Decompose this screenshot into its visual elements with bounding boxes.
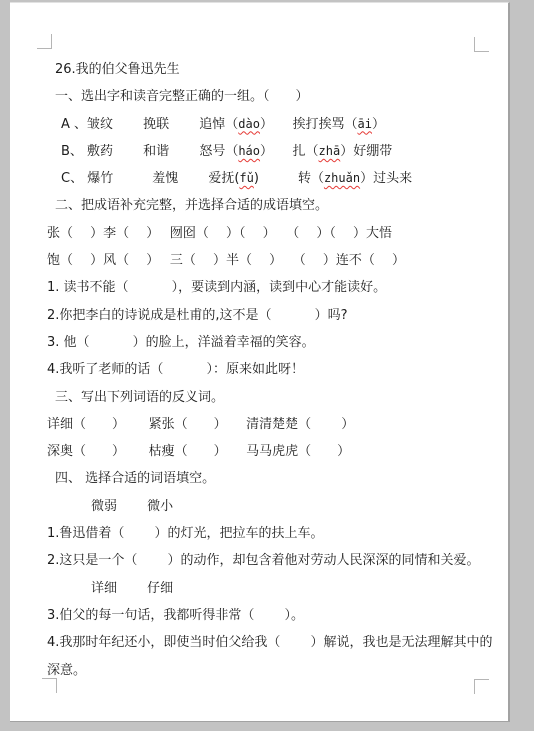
line-text: 3. 他（ ）的脸上，洋溢着幸福的笑容。 — [47, 335, 315, 350]
document-line: A 、皱纹 挽联 追悼（dào） 挨打挨骂（āi） — [47, 111, 502, 138]
line-text: 2.你把李白的诗说成是杜甫的,这不是（ ）吗? — [47, 308, 348, 323]
line-text: 1. 读书不能（ ），要读到内涵，读到中心才能读好。 — [47, 280, 386, 295]
line-text: 三、写出下列词语的反义词。 — [55, 390, 224, 405]
document-line: 3. 他（ ）的脸上，洋溢着幸福的笑容。 — [47, 329, 502, 356]
line-text: ） 扎（ — [260, 144, 319, 159]
document-line: 26.我的伯父鲁迅先生 — [47, 56, 502, 83]
line-text: ）过头来 — [360, 171, 412, 186]
document-line: 微弱 微小 — [47, 493, 502, 520]
document-line: 1. 读书不能（ ），要读到内涵，读到中心才能读好。 — [47, 274, 502, 301]
line-text: 详细（ ） 紧张（ ） 清清楚楚（ ） — [47, 417, 354, 432]
pinyin-spellcheck: háo — [238, 144, 260, 158]
document-line: 2.这只是一个（ ）的动作，却包含着他对劳动人民深深的同情和关爱。 — [47, 547, 502, 574]
document-lines: 26.我的伯父鲁迅先生一、选出字和读音完整正确的一组。（ ）A 、皱纹 挽联 追… — [47, 56, 502, 684]
line-text: 详细 仔细 — [91, 581, 173, 596]
line-text: 深奥（ ） 枯瘦（ ） 马马虎虎（ ） — [47, 444, 350, 459]
document-line: 4.我那时年纪还小，即使当时伯父给我（ ）解说，我也是无法理解其中的 — [47, 629, 502, 656]
line-text: A 、皱纹 挽联 追悼（ — [61, 117, 238, 132]
document-line: 深意。 — [47, 657, 502, 684]
document-line: 二、把成语补充完整，并选择合适的成语填空。 — [47, 192, 502, 219]
document-line: 2.你把李白的诗说成是杜甫的,这不是（ ）吗? — [47, 302, 502, 329]
document-line: 张（ ）李（ ） 囫囵（ ）（ ） （ ）（ ）大悟 — [47, 220, 502, 247]
document-line: 详细 仔细 — [47, 575, 502, 602]
line-text: 1.鲁迅借着（ ）的灯光，把拉车的扶上车。 — [47, 526, 324, 541]
line-text: 四、 选择合适的词语填空。 — [55, 471, 215, 486]
line-text: 张（ ）李（ ） 囫囵（ ）（ ） （ ）（ ）大悟 — [47, 226, 392, 241]
document-line: 1.鲁迅借着（ ）的灯光，把拉车的扶上车。 — [47, 520, 502, 547]
pinyin-spellcheck: āi — [358, 117, 372, 131]
line-text: 4.我那时年纪还小，即使当时伯父给我（ ）解说，我也是无法理解其中的 — [47, 635, 493, 650]
line-text: 一、选出字和读音完整正确的一组。（ ） — [55, 89, 309, 104]
document-line: 4.我听了老师的话（ ）：原来如此呀！ — [47, 356, 502, 383]
line-text: 饱（ ）风（ ） 三（ ）半（ ） （ ）连不（ ） — [47, 253, 405, 268]
line-text: B、 敷药 和谐 怒号（ — [61, 144, 238, 159]
line-text: C、 爆竹 羞愧 爱抚( — [61, 171, 239, 186]
line-text: 26.我的伯父鲁迅先生 — [55, 62, 180, 77]
line-text: 2.这只是一个（ ）的动作，却包含着他对劳动人民深深的同情和关爱。 — [47, 553, 480, 568]
pinyin-spellcheck: fǔ — [239, 171, 253, 185]
document-line: 饱（ ）风（ ） 三（ ）半（ ） （ ）连不（ ） — [47, 247, 502, 274]
pinyin-spellcheck: zhā — [319, 144, 341, 158]
line-text: ) 转（ — [254, 171, 324, 186]
line-text: 4.我听了老师的话（ ）：原来如此呀！ — [47, 362, 304, 377]
document-line: 三、写出下列词语的反义词。 — [47, 384, 502, 411]
pinyin-spellcheck: dào — [238, 117, 260, 131]
document-line: 3.伯父的每一句话，我都听得非常（ ）。 — [47, 602, 502, 629]
line-text: 3.伯父的每一句话，我都听得非常（ ）。 — [47, 608, 304, 623]
document-line: 深奥（ ） 枯瘦（ ） 马马虎虎（ ） — [47, 438, 502, 465]
app-background: { "app": { "colors": { "app_background":… — [0, 0, 534, 731]
line-text: ）好绷带 — [340, 144, 392, 159]
document-line: B、 敷药 和谐 怒号（háo） 扎（zhā）好绷带 — [47, 138, 502, 165]
margin-crop-mark-top-right — [474, 37, 489, 52]
line-text: ） — [372, 117, 385, 132]
document-line: C、 爆竹 羞愧 爱抚(fǔ) 转（zhuǎn）过头来 — [47, 165, 502, 192]
line-text: 二、把成语补充完整，并选择合适的成语填空。 — [55, 198, 328, 213]
document-page[interactable]: 26.我的伯父鲁迅先生一、选出字和读音完整正确的一组。（ ）A 、皱纹 挽联 追… — [10, 2, 510, 722]
document-line: 一、选出字和读音完整正确的一组。（ ） — [47, 83, 502, 110]
pinyin-spellcheck: zhuǎn — [324, 171, 360, 185]
document-line: 四、 选择合适的词语填空。 — [47, 465, 502, 492]
document-line: 详细（ ） 紧张（ ） 清清楚楚（ ） — [47, 411, 502, 438]
line-text: 微弱 微小 — [91, 499, 173, 514]
margin-crop-mark-top-left — [37, 34, 52, 49]
line-text: ） 挨打挨骂（ — [260, 117, 358, 132]
line-text: 深意。 — [47, 663, 86, 678]
